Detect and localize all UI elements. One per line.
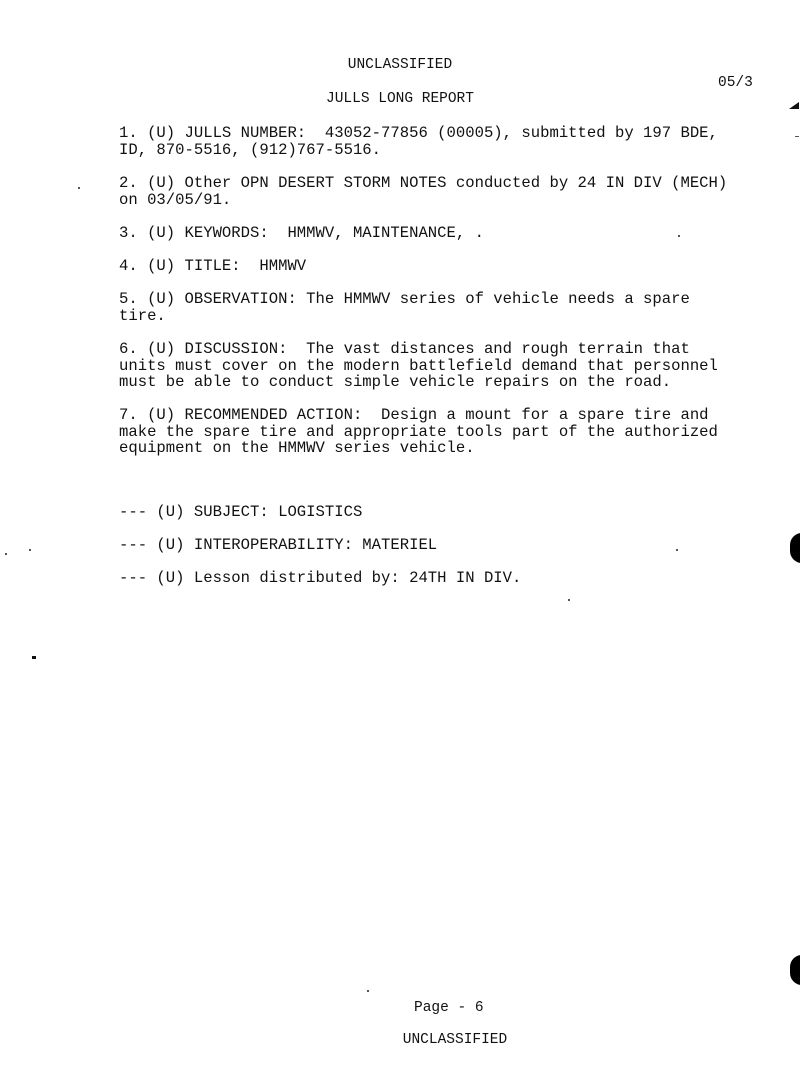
scan-speck (5, 553, 7, 555)
scan-speck (29, 549, 31, 551)
page-number: Page - 6 (414, 1000, 484, 1017)
report-title: JULLS LONG REPORT (0, 91, 800, 107)
item-line: units must cover on the modern battlefie… (119, 358, 789, 375)
page-code: 05/3 (718, 75, 753, 92)
item-line: 4. (U) TITLE: HMMWV (119, 258, 789, 275)
item-line: equipment on the HMMWV series vehicle. (119, 440, 789, 457)
item-line: make the spare tire and appropriate tool… (119, 424, 789, 441)
report-item-recommended-action: 7. (U) RECOMMENDED ACTION: Design a moun… (119, 407, 789, 457)
item-line: 5. (U) OBSERVATION: The HMMWV series of … (119, 291, 789, 308)
report-item-keywords: 3. (U) KEYWORDS: HMMWV, MAINTENANCE, . (119, 225, 789, 242)
tag-line: --- (U) Lesson distributed by: 24TH IN D… (119, 570, 789, 587)
binder-hole-mark-icon (790, 955, 800, 985)
scan-speck (78, 187, 80, 189)
report-item-observation: 5. (U) OBSERVATION: The HMMWV series of … (119, 291, 789, 324)
classification-header: UNCLASSIFIED (0, 57, 800, 73)
item-line: tire. (119, 308, 789, 325)
report-item-title: 4. (U) TITLE: HMMWV (119, 258, 789, 275)
item-line: must be able to conduct simple vehicle r… (119, 374, 789, 391)
tag-subject: --- (U) SUBJECT: LOGISTICS (119, 504, 789, 521)
tag-interoperability: --- (U) INTEROPERABILITY: MATERIEL (119, 537, 789, 554)
report-item-source: 2. (U) Other OPN DESERT STORM NOTES cond… (119, 175, 789, 208)
scan-speck (32, 656, 36, 659)
report-item-julls-number: 1. (U) JULLS NUMBER: 43052-77856 (00005)… (119, 125, 789, 158)
tag-line: --- (U) INTEROPERABILITY: MATERIEL (119, 537, 789, 554)
binder-hole-mark-icon (790, 533, 800, 563)
tag-line: --- (U) SUBJECT: LOGISTICS (119, 504, 789, 521)
item-line: 2. (U) Other OPN DESERT STORM NOTES cond… (119, 175, 789, 192)
document-page: UNCLASSIFIED 05/3 JULLS LONG REPORT 1. (… (0, 0, 800, 1088)
report-item-discussion: 6. (U) DISCUSSION: The vast distances an… (119, 341, 789, 391)
item-line: 1. (U) JULLS NUMBER: 43052-77856 (00005)… (119, 125, 789, 142)
scan-mark-icon (789, 102, 799, 109)
scan-speck (568, 599, 570, 601)
item-line: 3. (U) KEYWORDS: HMMWV, MAINTENANCE, . (119, 225, 789, 242)
item-line: on 03/05/91. (119, 192, 789, 209)
scan-speck (367, 990, 369, 992)
tag-distributed-by: --- (U) Lesson distributed by: 24TH IN D… (119, 570, 789, 587)
classification-footer: UNCLASSIFIED (55, 1032, 800, 1048)
scan-speck (678, 235, 680, 237)
item-line: 7. (U) RECOMMENDED ACTION: Design a moun… (119, 407, 789, 424)
scan-speck (676, 549, 678, 551)
item-line: 6. (U) DISCUSSION: The vast distances an… (119, 341, 789, 358)
scan-speck (795, 136, 799, 137)
item-line: ID, 870-5516, (912)767-5516. (119, 142, 789, 159)
